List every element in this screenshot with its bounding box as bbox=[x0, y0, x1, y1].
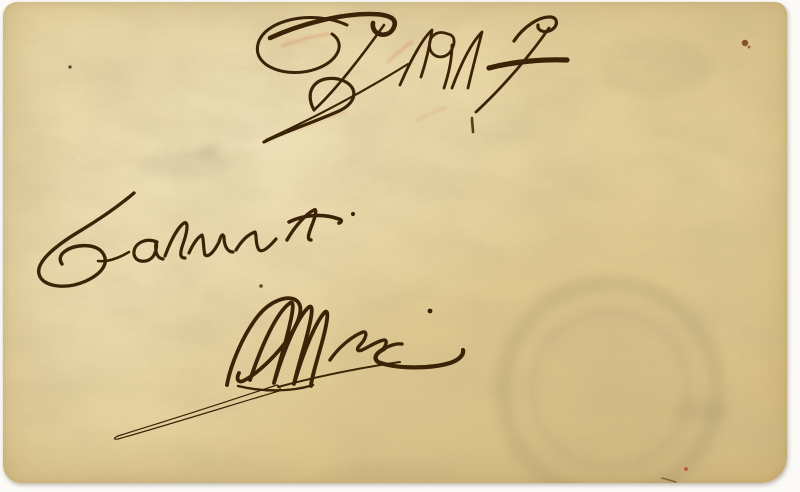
paper-texture bbox=[3, 2, 787, 483]
postmark-ghost-stain bbox=[502, 282, 718, 483]
scanner-background bbox=[0, 0, 800, 492]
postcard bbox=[3, 2, 787, 483]
